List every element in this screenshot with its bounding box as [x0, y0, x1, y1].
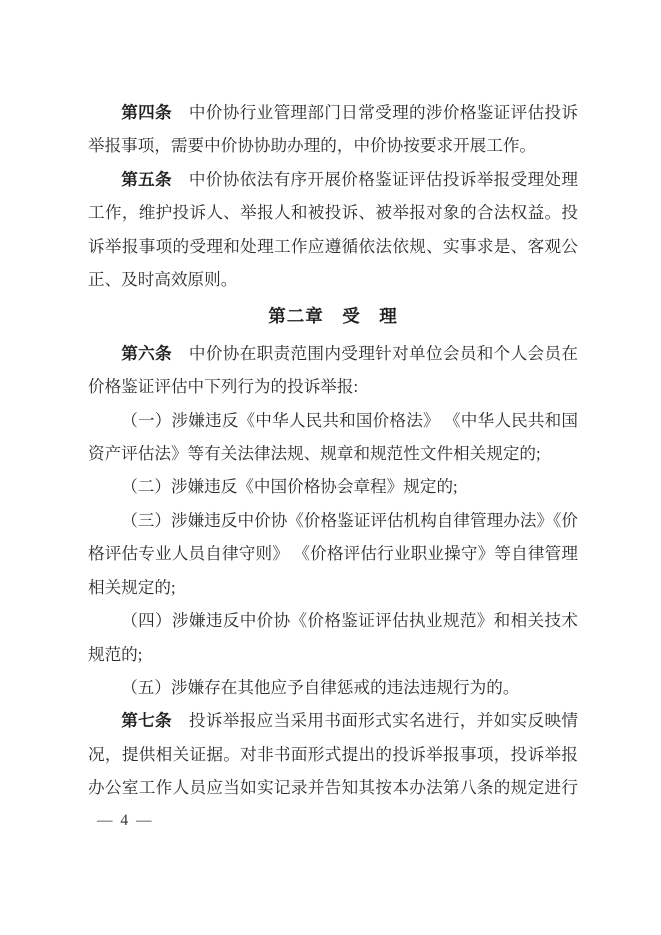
text-line: 相关规定的; — [88, 571, 578, 604]
line-text: 中价协行业管理部门日常受理的涉价格鉴证评估投诉 — [172, 103, 578, 122]
text-line: （二）涉嫌违反《中国价格协会章程》规定的; — [88, 470, 578, 503]
text-line: （五）涉嫌存在其他应予自律惩戒的违法违规行为的。 — [88, 671, 578, 704]
text-line: 第六条 中价协在职责范围内受理针对单位会员和个人会员在 — [88, 337, 578, 370]
line-text: 资产评估法》等有关法律法规、规章和规范性文件相关规定的; — [88, 444, 541, 463]
line-text: 格评估专业人员自律守则》 《价格评估行业职业操守》等自律管理 — [88, 544, 578, 563]
text-line: （四）涉嫌违反中价协《价格鉴证评估执业规范》和相关技术 — [88, 604, 578, 637]
line-text: 投诉举报应当采用书面形式实名进行，并如实反映情 — [172, 711, 578, 730]
text-line: （一）涉嫌违反《中华人民共和国价格法》 《中华人民共和国 — [88, 404, 578, 437]
line-text: （三）涉嫌违反中价协《价格鉴证评估机构自律管理办法》《价 — [121, 511, 578, 530]
line-text: 工作，维护投诉人、举报人和被投诉、被举报对象的合法权益。投 — [88, 203, 578, 222]
line-text: （二）涉嫌违反《中国价格协会章程》规定的; — [121, 477, 457, 496]
text-line: 格评估专业人员自律守则》 《价格评估行业职业操守》等自律管理 — [88, 537, 578, 570]
text-line: 资产评估法》等有关法律法规、规章和规范性文件相关规定的; — [88, 437, 578, 470]
text-line: 第七条 投诉举报应当采用书面形式实名进行，并如实反映情 — [88, 704, 578, 737]
text-line: 规范的; — [88, 638, 578, 671]
line-text: （四）涉嫌违反中价协《价格鉴证评估执业规范》和相关技术 — [121, 611, 578, 630]
line-text: 中价协依法有序开展价格鉴证评估投诉举报受理处理 — [172, 170, 578, 189]
article-number: 第四条 — [121, 103, 172, 122]
line-text: 价格鉴证评估中下列行为的投诉举报: — [88, 377, 358, 396]
text-line: （三）涉嫌违反中价协《价格鉴证评估机构自律管理办法》《价 — [88, 504, 578, 537]
line-text: （一）涉嫌违反《中华人民共和国价格法》 《中华人民共和国 — [121, 411, 578, 430]
text-line: 工作，维护投诉人、举报人和被投诉、被举报对象的合法权益。投 — [88, 196, 578, 229]
line-text: （五）涉嫌存在其他应予自律惩戒的违法违规行为的。 — [121, 678, 519, 697]
line-text: 中价协在职责范围内受理针对单位会员和个人会员在 — [172, 344, 578, 363]
line-text: 正、及时高效原则。 — [88, 270, 237, 289]
line-text: 规范的; — [88, 645, 142, 664]
page-number: — 4 — — [97, 812, 154, 830]
line-text: 诉举报事项的受理和处理工作应遵循依法依规、实事求是、客观公 — [88, 237, 578, 256]
document-body: 第四条 中价协行业管理部门日常受理的涉价格鉴证评估投诉 举报事项，需要中价协协助… — [88, 96, 578, 805]
text-line: 诉举报事项的受理和处理工作应遵循依法依规、实事求是、客观公 — [88, 230, 578, 263]
line-text: 举报事项，需要中价协协助办理的，中价协按要求开展工作。 — [88, 136, 536, 155]
text-line: 第四条 中价协行业管理部门日常受理的涉价格鉴证评估投诉 — [88, 96, 578, 129]
text-line: 价格鉴证评估中下列行为的投诉举报: — [88, 370, 578, 403]
article-number: 第六条 — [121, 344, 172, 363]
text-line: 况，提供相关证据。对非书面形式提出的投诉举报事项，投诉举报 — [88, 738, 578, 771]
line-text: 相关规定的; — [88, 578, 176, 597]
text-line: 办公室工作人员应当如实记录并告知其按本办法第八条的规定进行 — [88, 771, 578, 804]
chapter-heading: 第二章 受 理 — [88, 300, 578, 333]
text-line: 第五条 中价协依法有序开展价格鉴证评估投诉举报受理处理 — [88, 163, 578, 196]
line-text: 况，提供相关证据。对非书面形式提出的投诉举报事项，投诉举报 — [88, 745, 578, 764]
text-line: 正、及时高效原则。 — [88, 263, 578, 296]
text-line: 举报事项，需要中价协协助办理的，中价协按要求开展工作。 — [88, 129, 578, 162]
article-number: 第七条 — [121, 711, 172, 730]
line-text: 办公室工作人员应当如实记录并告知其按本办法第八条的规定进行 — [88, 778, 578, 797]
article-number: 第五条 — [121, 170, 172, 189]
